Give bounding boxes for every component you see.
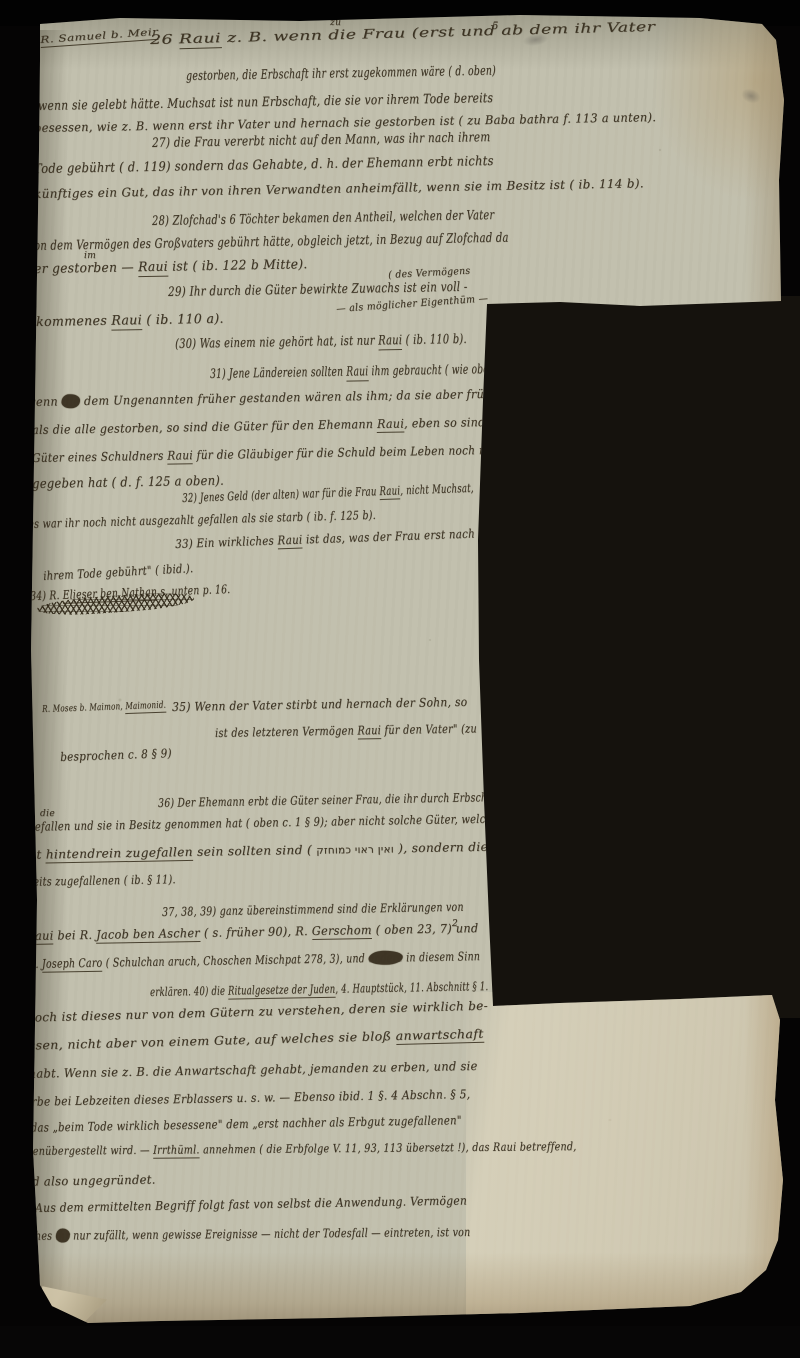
page-number: 5 <box>492 22 499 32</box>
cutout-hole <box>470 296 800 1018</box>
handwriting-line: Tode gebührt ( d. 119) sondern das Gehab… <box>34 155 494 176</box>
handwriting-line: 29) Ihr durch die Güter bewirkte Zuwachs… <box>168 281 468 299</box>
handwriting-line: Raui bei R. Jacob ben Ascher ( s. früher… <box>26 922 479 942</box>
pencil-smudge <box>739 86 763 106</box>
interline-insertion: zu <box>330 19 341 28</box>
handwriting-line: sessen, nicht aber von einem Gute, auf w… <box>14 1028 484 1052</box>
handwriting-line: erklären. 40) die Ritualgesetze der Jude… <box>150 980 488 998</box>
handwriting-line: R. Joseph Caro ( Schulchan aruch, Chosch… <box>28 950 480 970</box>
handwriting-line: 28) Zlofchad's 6 Töchter bekamen den Ant… <box>152 209 494 228</box>
handwriting-line: 26 Raui z. B. wenn die Frau (erst und ab… <box>150 21 655 47</box>
handwriting-line: gehabt. Wenn sie z. B. die Anwartschaft … <box>14 1060 478 1080</box>
handwriting-line: künftiges ein Gut, das ihr von ihren Ver… <box>34 177 644 200</box>
interline-insertion: die <box>40 810 55 819</box>
handwriting-line: wo das „beim Tode wirklich besessene" de… <box>12 1114 462 1134</box>
handwriting-line: besessen, wie z. B. wenn erst ihr Vater … <box>34 111 656 134</box>
handwriting-line: Aus dem ermittelten Begriff folgt fast v… <box>35 1194 467 1214</box>
handwriting-line: gegenübergestellt wird. — Irrthüml. anne… <box>14 1141 577 1157</box>
interline-insertion: 2 <box>452 920 458 929</box>
handwriting-line: wenn die dem Ungenannten früher gestande… <box>26 388 504 408</box>
handwriting-line: er gestorben — Raui ist ( ib. 122 b Mitt… <box>34 258 308 276</box>
scan-background-bottom <box>0 1326 800 1358</box>
handwriting-line: gegeben hat ( d. f. 125 a oben). <box>32 475 224 491</box>
handwriting-line: 33) Ein wirkliches Raui ist das, was der… <box>175 528 475 550</box>
handwriting-line: 35) Wenn der Vater stirbt und hernach de… <box>172 696 467 713</box>
handwriting-line: (30) Was einem nie gehört hat, ist nur R… <box>175 333 467 351</box>
handwriting-line: als die alle gestorben, so sind die Güte… <box>32 416 507 436</box>
handwriting-line: Güter eines Schuldners Raui für die Gläu… <box>32 444 507 464</box>
handwriting-line: zugefallen und sie in Besitz genommen ha… <box>16 813 498 833</box>
interline-insertion: ( des Vermögens <box>388 267 471 281</box>
handwriting-line: sind also ungegründet. <box>14 1174 156 1188</box>
handwriting-line: welches ihr nur zufällt, wenn gewisse Er… <box>12 1226 470 1242</box>
handwriting-line: Jedoch ist dieses nur von dem Gütern zu … <box>14 1000 488 1024</box>
handwriting-line: 37, 38, 39) ganz übereinstimmend sind di… <box>162 901 464 918</box>
handwriting-line: es war ihr noch nicht ausgezahlt gefalle… <box>28 509 376 530</box>
handwriting-line: wenn sie gelebt hätte. Muchsat ist nun E… <box>38 92 493 113</box>
margin-note-maimonides: R. Moses b. Maimon, Maimonid. <box>42 701 166 715</box>
handwriting-line: besprochen c. 8 § 9) <box>60 747 172 763</box>
handwriting-line: erst hintendrein zugefallen sein sollten… <box>16 841 488 862</box>
handwriting-line: ihrem Tode gebührt" ( ibid.). <box>43 562 194 582</box>
handwriting-line: kommenes Raui ( ib. 110 a). <box>36 313 224 329</box>
handwriting-line: ist des letzteren Vermögen Raui für den … <box>215 722 477 739</box>
handwriting-line: bereits zugefallenen ( ib. § 11). <box>16 873 176 888</box>
handwriting-line: stürbe bei Lebzeiten dieses Erblassers u… <box>14 1088 470 1108</box>
marginal-insertion: — als möglicher Eigenthüm — <box>336 294 489 315</box>
handwriting-line: von dem Vermögen des Großvaters gebührt … <box>28 232 509 253</box>
interline-insertion: im <box>84 252 96 261</box>
scanned-manuscript-photo: R. Samuel b. Meir26 Raui z. B. wenn die … <box>0 0 800 1358</box>
handwriting-line: 31) Jene Ländereien sollten Raui ihm geb… <box>210 363 502 381</box>
margin-note-rashbam: R. Samuel b. Meir <box>40 28 159 46</box>
handwriting-line: 27) die Frau vererbt nicht auf den Mann,… <box>152 131 491 150</box>
handwriting-line: gestorben, die Erbschaft ihr erst zugeko… <box>186 65 496 83</box>
handwriting-line: 36) Der Ehemann erbt die Güter seiner Fr… <box>158 791 501 809</box>
handwriting-line: 32) Jenes Geld (der alten) war für die F… <box>182 482 474 504</box>
